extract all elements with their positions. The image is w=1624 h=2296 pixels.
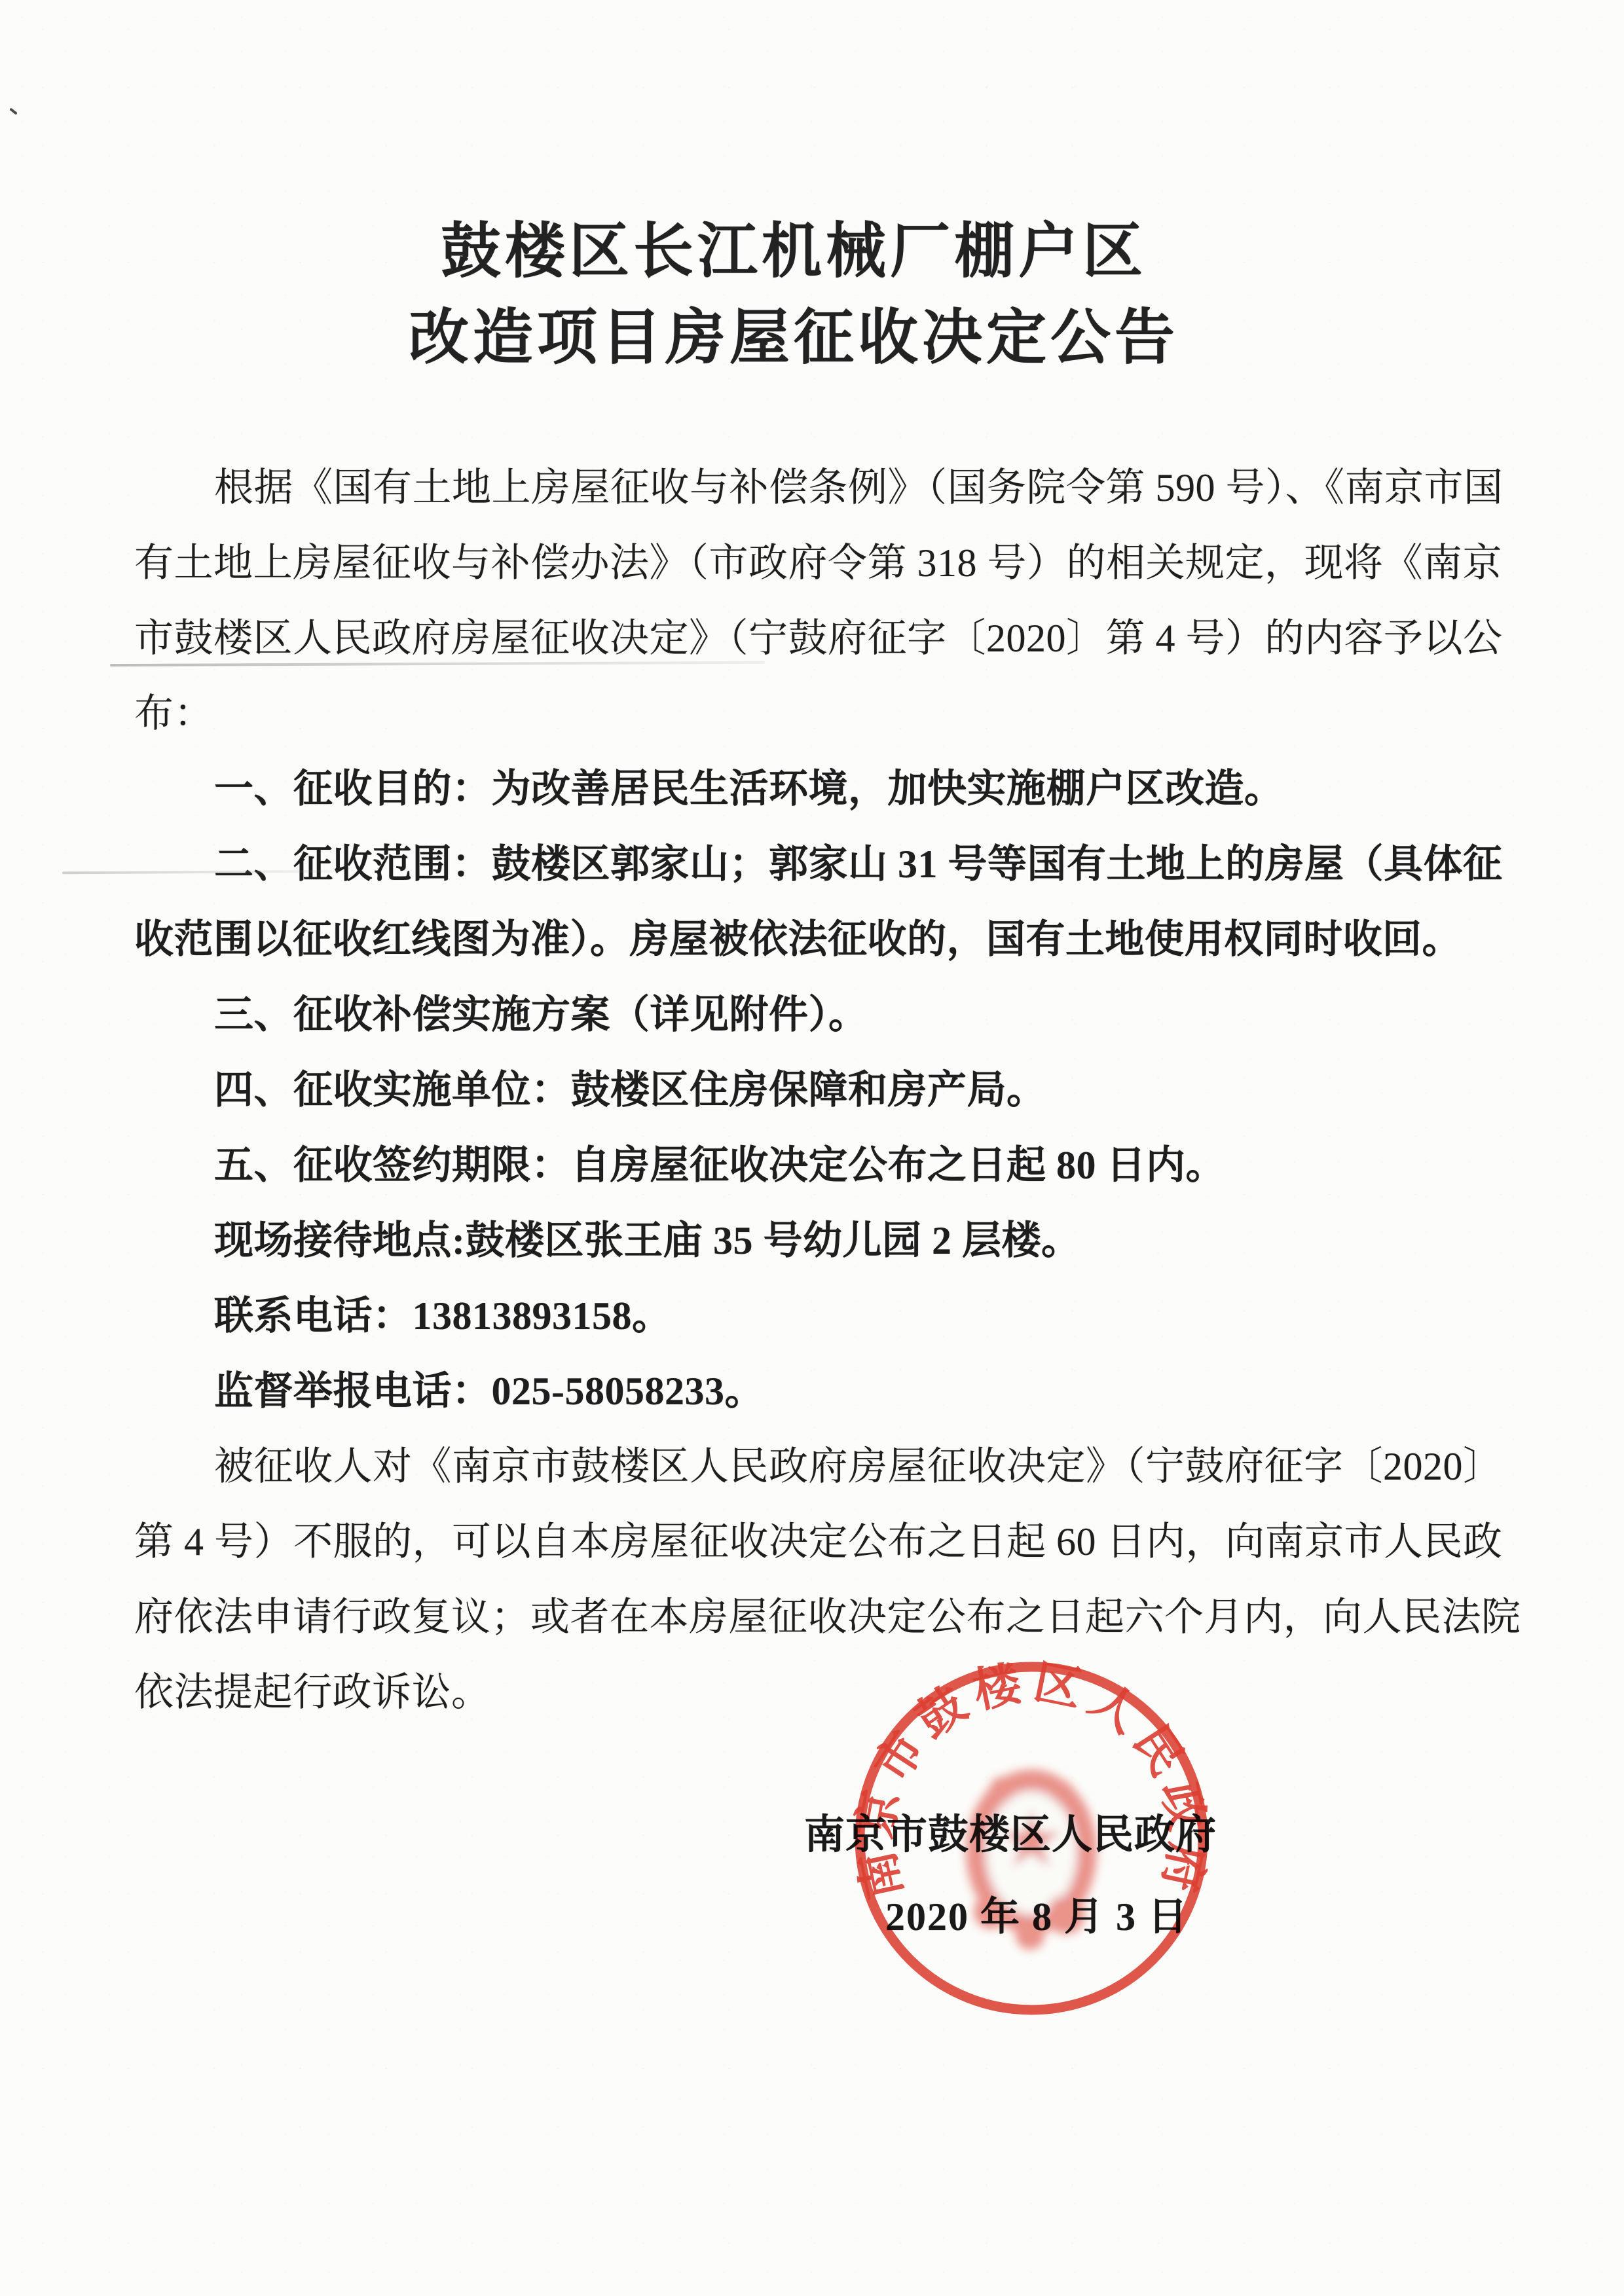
item-1-purpose: 一、征收目的：为改善居民生活环境，加快实施棚户区改造。 [134, 752, 1506, 827]
title-line-2: 改造项目房屋征收决定公告 [0, 295, 1606, 381]
title-line-1: 鼓楼区长江机械厂棚户区 [0, 208, 1606, 295]
paragraph-2-line-1: 被征收人对《南京市鼓楼区人民政府房屋征收决定》（宁鼓府征字〔2020〕 [134, 1429, 1506, 1504]
paragraph-2-line-3: 府依法申请行政复议；或者在本房屋征收决定公布之日起六个月内，向人民法院 [134, 1580, 1506, 1655]
paragraph-2-line-2: 第 4 号）不服的，可以自本房屋征收决定公布之日起 60 日内，向南京市人民政 [134, 1504, 1506, 1580]
paragraph-2-line-4: 依法提起行政诉讼。 [134, 1655, 1506, 1730]
official-seal: 南京市鼓楼区人民政府 [848, 1655, 1215, 2022]
item-3-compensation-plan: 三、征收补偿实施方案（详见附件）。 [134, 977, 1506, 1053]
contact-phone-line: 联系电话：13813893158。 [134, 1279, 1506, 1354]
reception-address-line: 现场接待地点:鼓楼区张王庙 35 号幼儿园 2 层楼。 [134, 1203, 1506, 1279]
document-body: 根据《国有土地上房屋征收与补偿条例》（国务院令第 590 号）、《南京市国 有土… [0, 450, 1624, 1730]
paragraph-1-line-2: 有土地上房屋征收与补偿办法》（市政府令第 318 号）的相关规定，现将《南京 [134, 526, 1506, 601]
item-2-scope-line-1: 二、征收范围：鼓楼区郭家山；郭家山 31 号等国有土地上的房屋（具体征 [134, 827, 1506, 902]
document-title: 鼓楼区长江机械厂棚户区 改造项目房屋征收决定公告 [0, 0, 1606, 381]
scanned-document-page: 鼓楼区长江机械厂棚户区 改造项目房屋征收决定公告 根据《国有土地上房屋征收与补偿… [0, 0, 1624, 2296]
item-4-implementing-unit: 四、征收实施单位：鼓楼区住房保障和房产局。 [134, 1053, 1506, 1128]
item-2-scope-line-2: 收范围以征收红线图为准）。房屋被依法征收的，国有土地使用权同时收回。 [134, 902, 1506, 977]
paragraph-1-line-1: 根据《国有土地上房屋征收与补偿条例》（国务院令第 590 号）、《南京市国 [134, 450, 1506, 526]
item-5-signing-period: 五、征收签约期限：自房屋征收决定公布之日起 80 日内。 [134, 1128, 1506, 1203]
supervision-hotline-line: 监督举报电话：025-58058233。 [134, 1354, 1506, 1429]
paragraph-1-line-4: 布： [134, 676, 1506, 752]
seal-emblem [966, 1770, 1097, 1950]
